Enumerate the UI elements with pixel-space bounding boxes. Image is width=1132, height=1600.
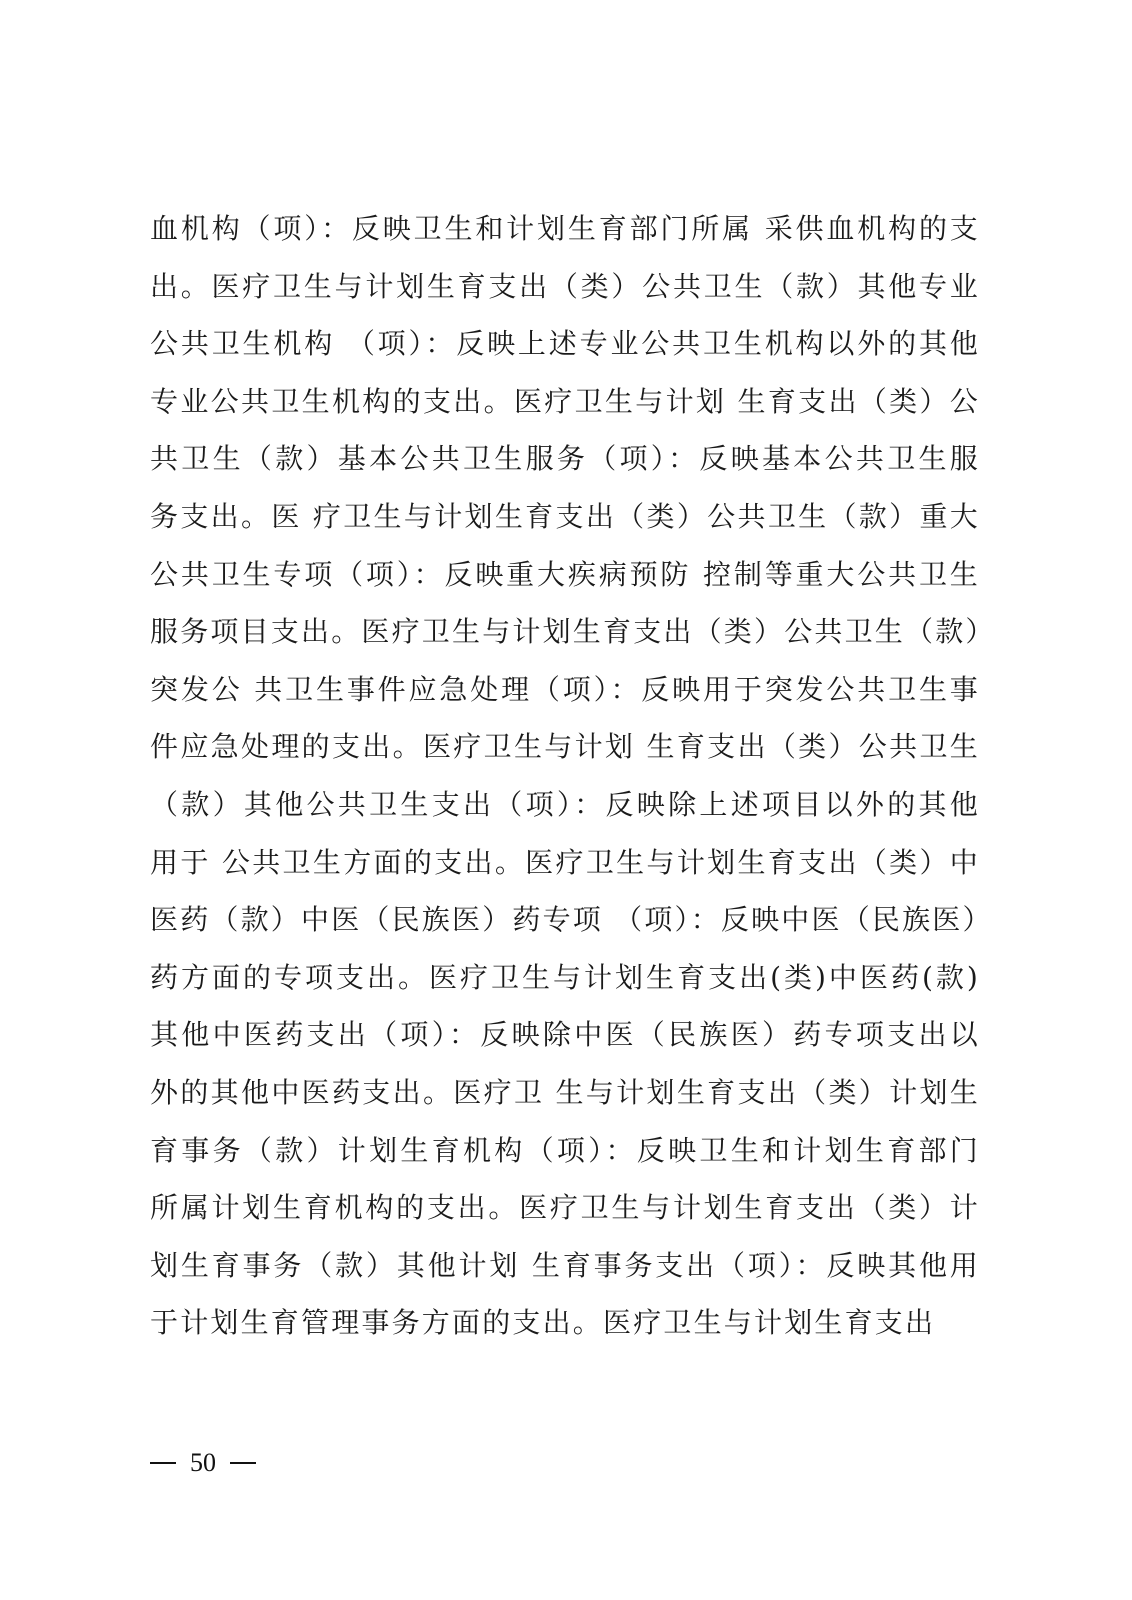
text-line: 用于 公共卫生方面的支出。医疗卫生与计划生育支出（类）中 <box>150 834 980 892</box>
page-number: 50 <box>190 1446 216 1480</box>
text-line: 血机构（项）：反映卫生和计划生育部门所属 采供血机构的支 <box>150 200 980 258</box>
body-text: 血机构（项）：反映卫生和计划生育部门所属 采供血机构的支 出。医疗卫生与计划生育… <box>150 200 980 1352</box>
text-line: 育事务（款）计划生育机构（项）：反映卫生和计划生育部门 <box>150 1122 980 1180</box>
text-line: 所属计划生育机构的支出。医疗卫生与计划生育支出（类）计 <box>150 1179 980 1237</box>
text-line: 其他中医药支出（项）：反映除中医（民族医）药专项支出以 <box>150 1006 980 1064</box>
text-line: 公共卫生专项（项）：反映重大疾病预防 控制等重大公共卫生 <box>150 546 980 604</box>
text-line: 医药（款）中医（民族医）药专项 （项）：反映中医（民族医） <box>150 891 980 949</box>
text-line: （款）其他公共卫生支出（项）：反映除上述项目以外的其他 <box>150 776 980 834</box>
text-line-last: 于计划生育管理事务方面的支出。医疗卫生与计划生育支出 <box>150 1294 980 1352</box>
text-line: 服务项目支出。医疗卫生与计划生育支出（类）公共卫生（款） <box>150 603 980 661</box>
text-line: 务支出。医 疗卫生与计划生育支出（类）公共卫生（款）重大 <box>150 488 980 546</box>
text-line: 公共卫生机构 （项）：反映上述专业公共卫生机构以外的其他 <box>150 315 980 373</box>
page-footer: 50 <box>150 1446 256 1480</box>
text-line: 外的其他中医药支出。医疗卫 生与计划生育支出（类）计划生 <box>150 1064 980 1122</box>
text-line: 出。医疗卫生与计划生育支出（类）公共卫生（款）其他专业 <box>150 258 980 316</box>
dash-left-decoration <box>150 1462 176 1464</box>
text-line: 划生育事务（款）其他计划 生育事务支出（项）：反映其他用 <box>150 1237 980 1295</box>
text-line: 药方面的专项支出。医疗卫生与计划生育支出(类)中医药(款) <box>150 949 980 1007</box>
text-line: 专业公共卫生机构的支出。医疗卫生与计划 生育支出（类）公 <box>150 373 980 431</box>
text-line: 突发公 共卫生事件应急处理（项）：反映用于突发公共卫生事 <box>150 661 980 719</box>
document-page: 血机构（项）：反映卫生和计划生育部门所属 采供血机构的支 出。医疗卫生与计划生育… <box>0 0 1132 1600</box>
text-line: 件应急处理的支出。医疗卫生与计划 生育支出（类）公共卫生 <box>150 718 980 776</box>
dash-right-decoration <box>230 1462 256 1464</box>
text-line: 共卫生（款）基本公共卫生服务（项）：反映基本公共卫生服 <box>150 430 980 488</box>
